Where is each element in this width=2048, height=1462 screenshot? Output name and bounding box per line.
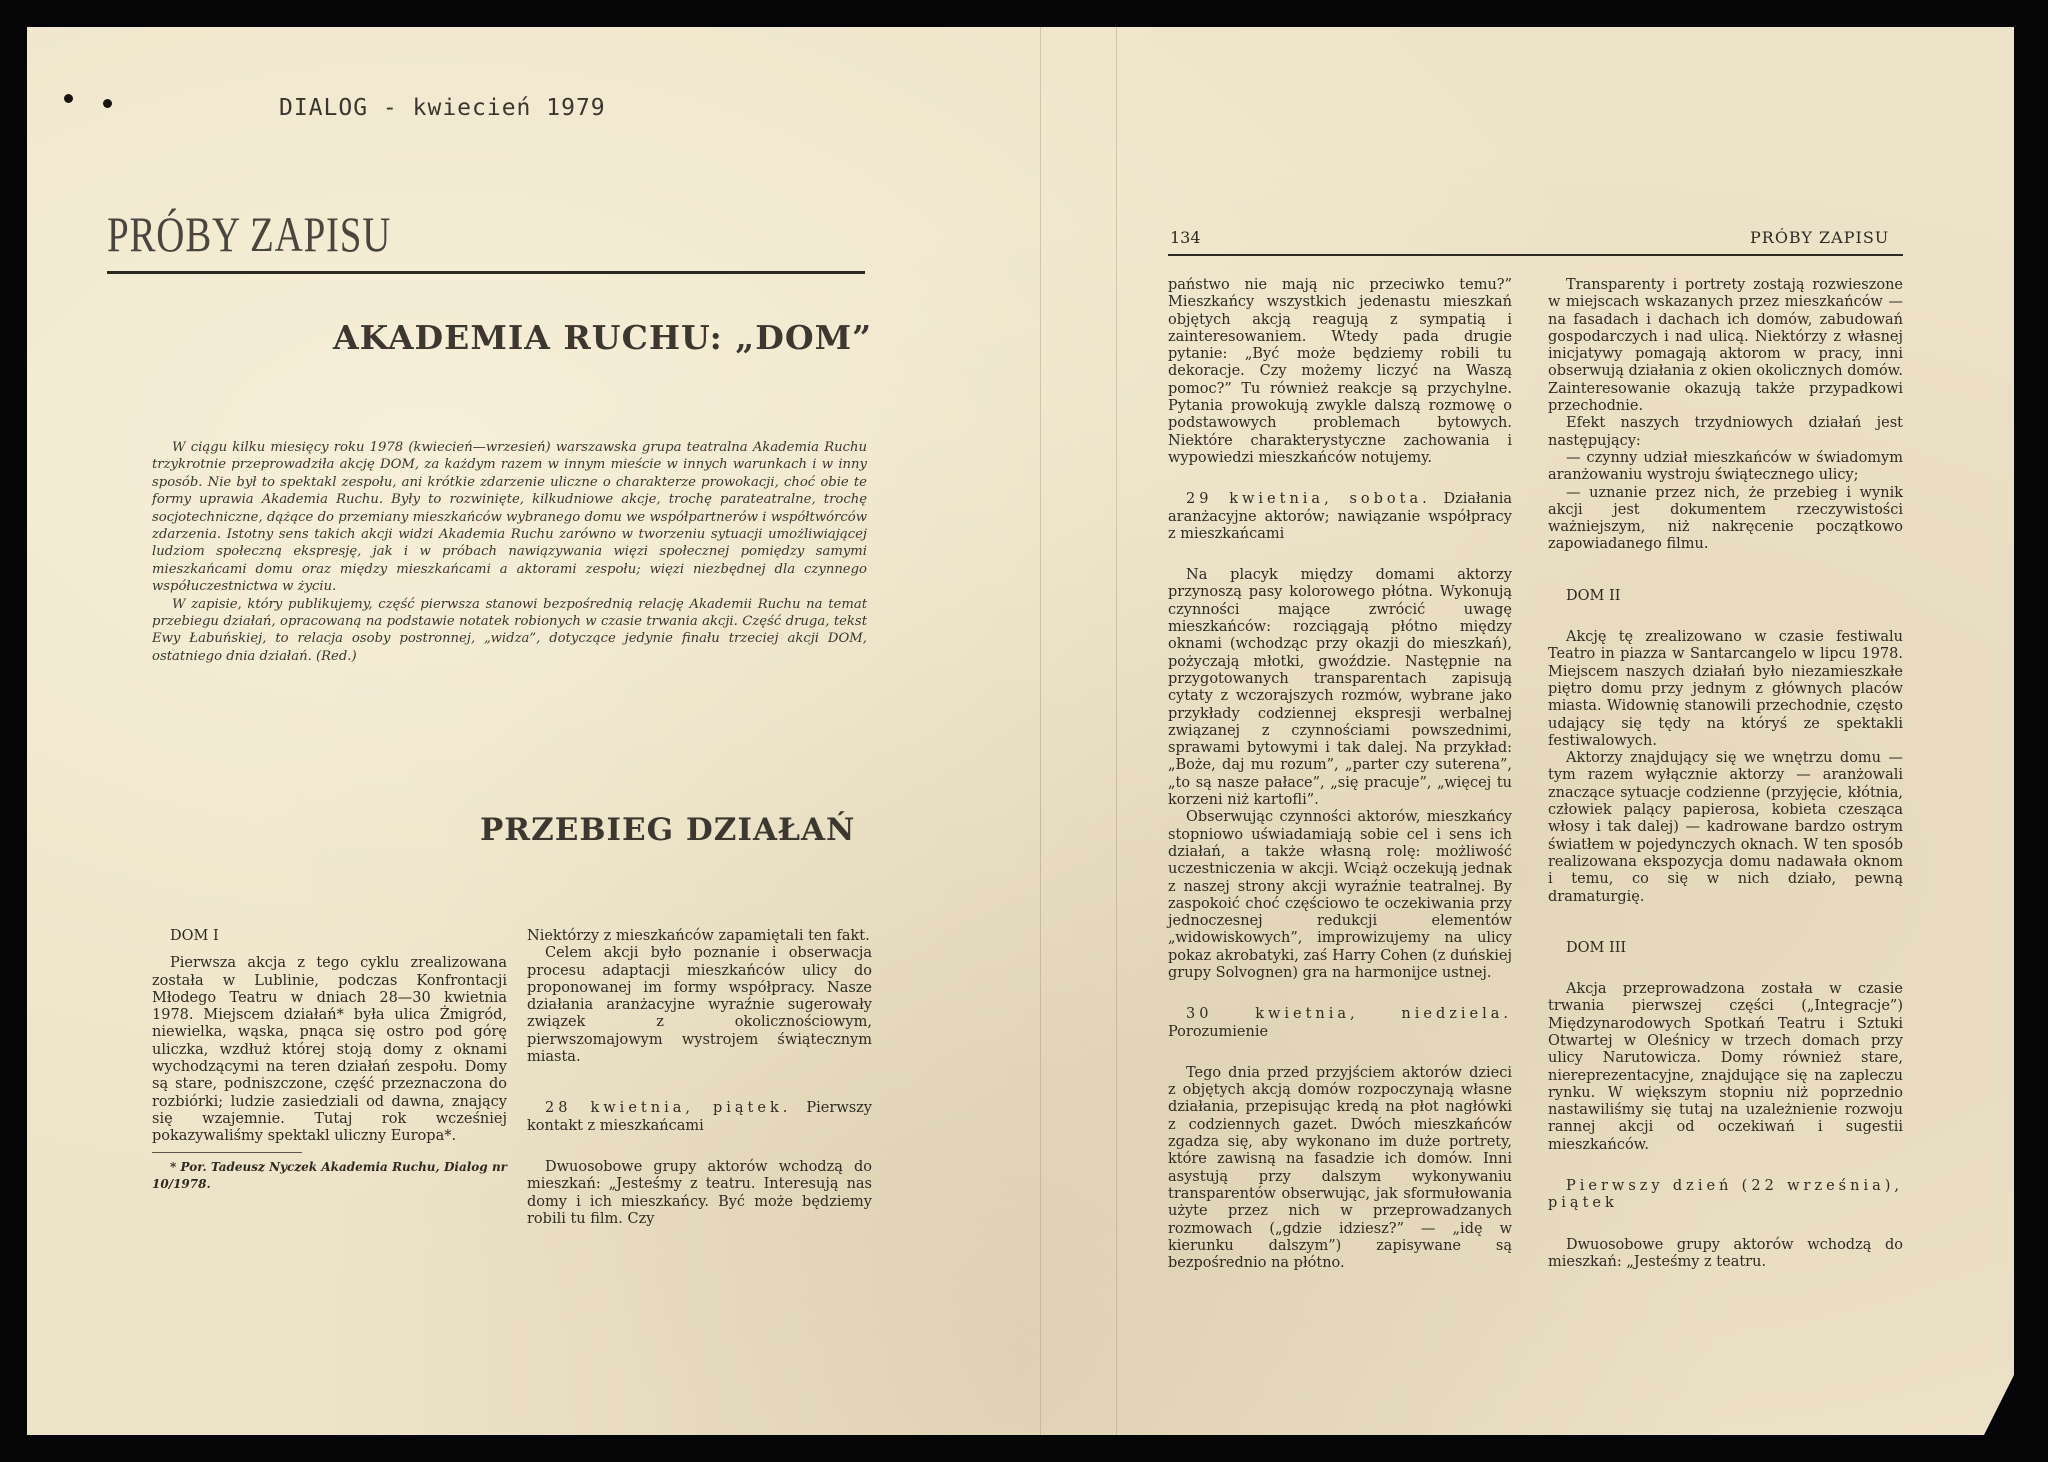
section-rule	[107, 271, 865, 274]
body-paragraph: Dwuosobowe grupy aktorów wchodzą do mies…	[527, 1159, 872, 1228]
body-paragraph: Aktorzy znajdujący się we wnętrzu domu —…	[1548, 750, 1903, 906]
editorial-lead: W ciągu kilku miesięcy roku 1978 (kwieci…	[152, 439, 867, 665]
body-paragraph: Tego dnia przed przyjściem aktorów dziec…	[1168, 1065, 1512, 1273]
lead-paragraph: W zapisie, który publikujemy, część pier…	[152, 596, 867, 666]
column-4: Transparenty i portrety zostają rozwiesz…	[1548, 277, 1903, 1271]
day-date: 30 kwietnia, niedziela.	[1186, 1006, 1512, 1022]
column-1: DOM I Pierwsza akcja z tego cyklu zreali…	[152, 928, 507, 1193]
section-title: PRÓBY ZAPISU	[107, 205, 391, 263]
section-heading-dom-2: DOM II	[1548, 588, 1903, 605]
body-paragraph: Obserwując czynności aktorów, mieszkańcy…	[1168, 809, 1512, 982]
body-paragraph: Akcję tę zrealizowano w czasie festiwalu…	[1548, 629, 1903, 750]
punch-hole	[64, 94, 73, 103]
body-paragraph: Celem akcji było poznanie i obserwacja p…	[527, 945, 872, 1066]
body-paragraph: Dwuosobowe grupy aktorów wchodzą do mies…	[1548, 1237, 1903, 1272]
footnote: * Por. Tadeusz Nyczek Akademia Ruchu, Di…	[152, 1159, 507, 1193]
section-heading-dom-3: DOM III	[1548, 940, 1903, 957]
body-paragraph: Pierwsza akcja z tego cyklu zrealizowana…	[152, 955, 507, 1145]
article-title: AKADEMIA RUCHU: „DOM”	[333, 318, 872, 357]
page-number: 134	[1170, 228, 1201, 247]
torn-corner	[1984, 1375, 2014, 1435]
day-heading: 29 kwietnia, sobota. Działania aranżacyj…	[1168, 491, 1512, 543]
body-paragraph: Niektórzy z mieszkańców zapamiętali ten …	[527, 928, 872, 945]
section-heading-dom-1: DOM I	[152, 928, 507, 945]
list-item: — uznanie przez nich, że przebieg i wyni…	[1548, 485, 1903, 554]
header-rule	[1168, 254, 1903, 256]
center-fold-shadow	[1116, 27, 1117, 1435]
day-date: 28 kwietnia, piątek.	[545, 1100, 791, 1116]
column-2: Niektórzy z mieszkańców zapamiętali ten …	[527, 928, 872, 1228]
body-paragraph: państwo nie mają nic przeciwko temu?” Mi…	[1168, 277, 1512, 467]
punch-hole	[103, 99, 112, 108]
list-item: — czynny udział mieszkańców w świadomym …	[1548, 450, 1903, 485]
column-3: państwo nie mają nic przeciwko temu?” Mi…	[1168, 277, 1512, 1272]
masthead: DIALOG - kwiecień 1979	[279, 95, 606, 121]
footnote-rule	[152, 1152, 302, 1153]
body-paragraph: Akcja przeprowadzona została w czasie tr…	[1548, 981, 1903, 1154]
body-paragraph: Na placyk między domami aktorzy przynosz…	[1168, 567, 1512, 809]
day-heading: Pierwszy dzień (22 września), piątek	[1548, 1178, 1903, 1213]
subheading: PRZEBIEG DZIAŁAŃ	[480, 812, 855, 848]
body-paragraph: Transparenty i portrety zostają rozwiesz…	[1548, 277, 1903, 415]
center-fold	[1040, 27, 1041, 1435]
day-title: Porozumienie	[1168, 1024, 1268, 1040]
running-head: PRÓBY ZAPISU	[1750, 228, 1889, 247]
day-heading: 28 kwietnia, piątek. Pierwszy kontakt z …	[527, 1100, 872, 1135]
lead-paragraph: W ciągu kilku miesięcy roku 1978 (kwieci…	[152, 439, 867, 596]
day-date: 29 kwietnia, sobota.	[1186, 491, 1431, 507]
day-heading: 30 kwietnia, niedziela. Porozumienie	[1168, 1006, 1512, 1041]
body-paragraph: Efekt naszych trzydniowych działań jest …	[1548, 415, 1903, 450]
